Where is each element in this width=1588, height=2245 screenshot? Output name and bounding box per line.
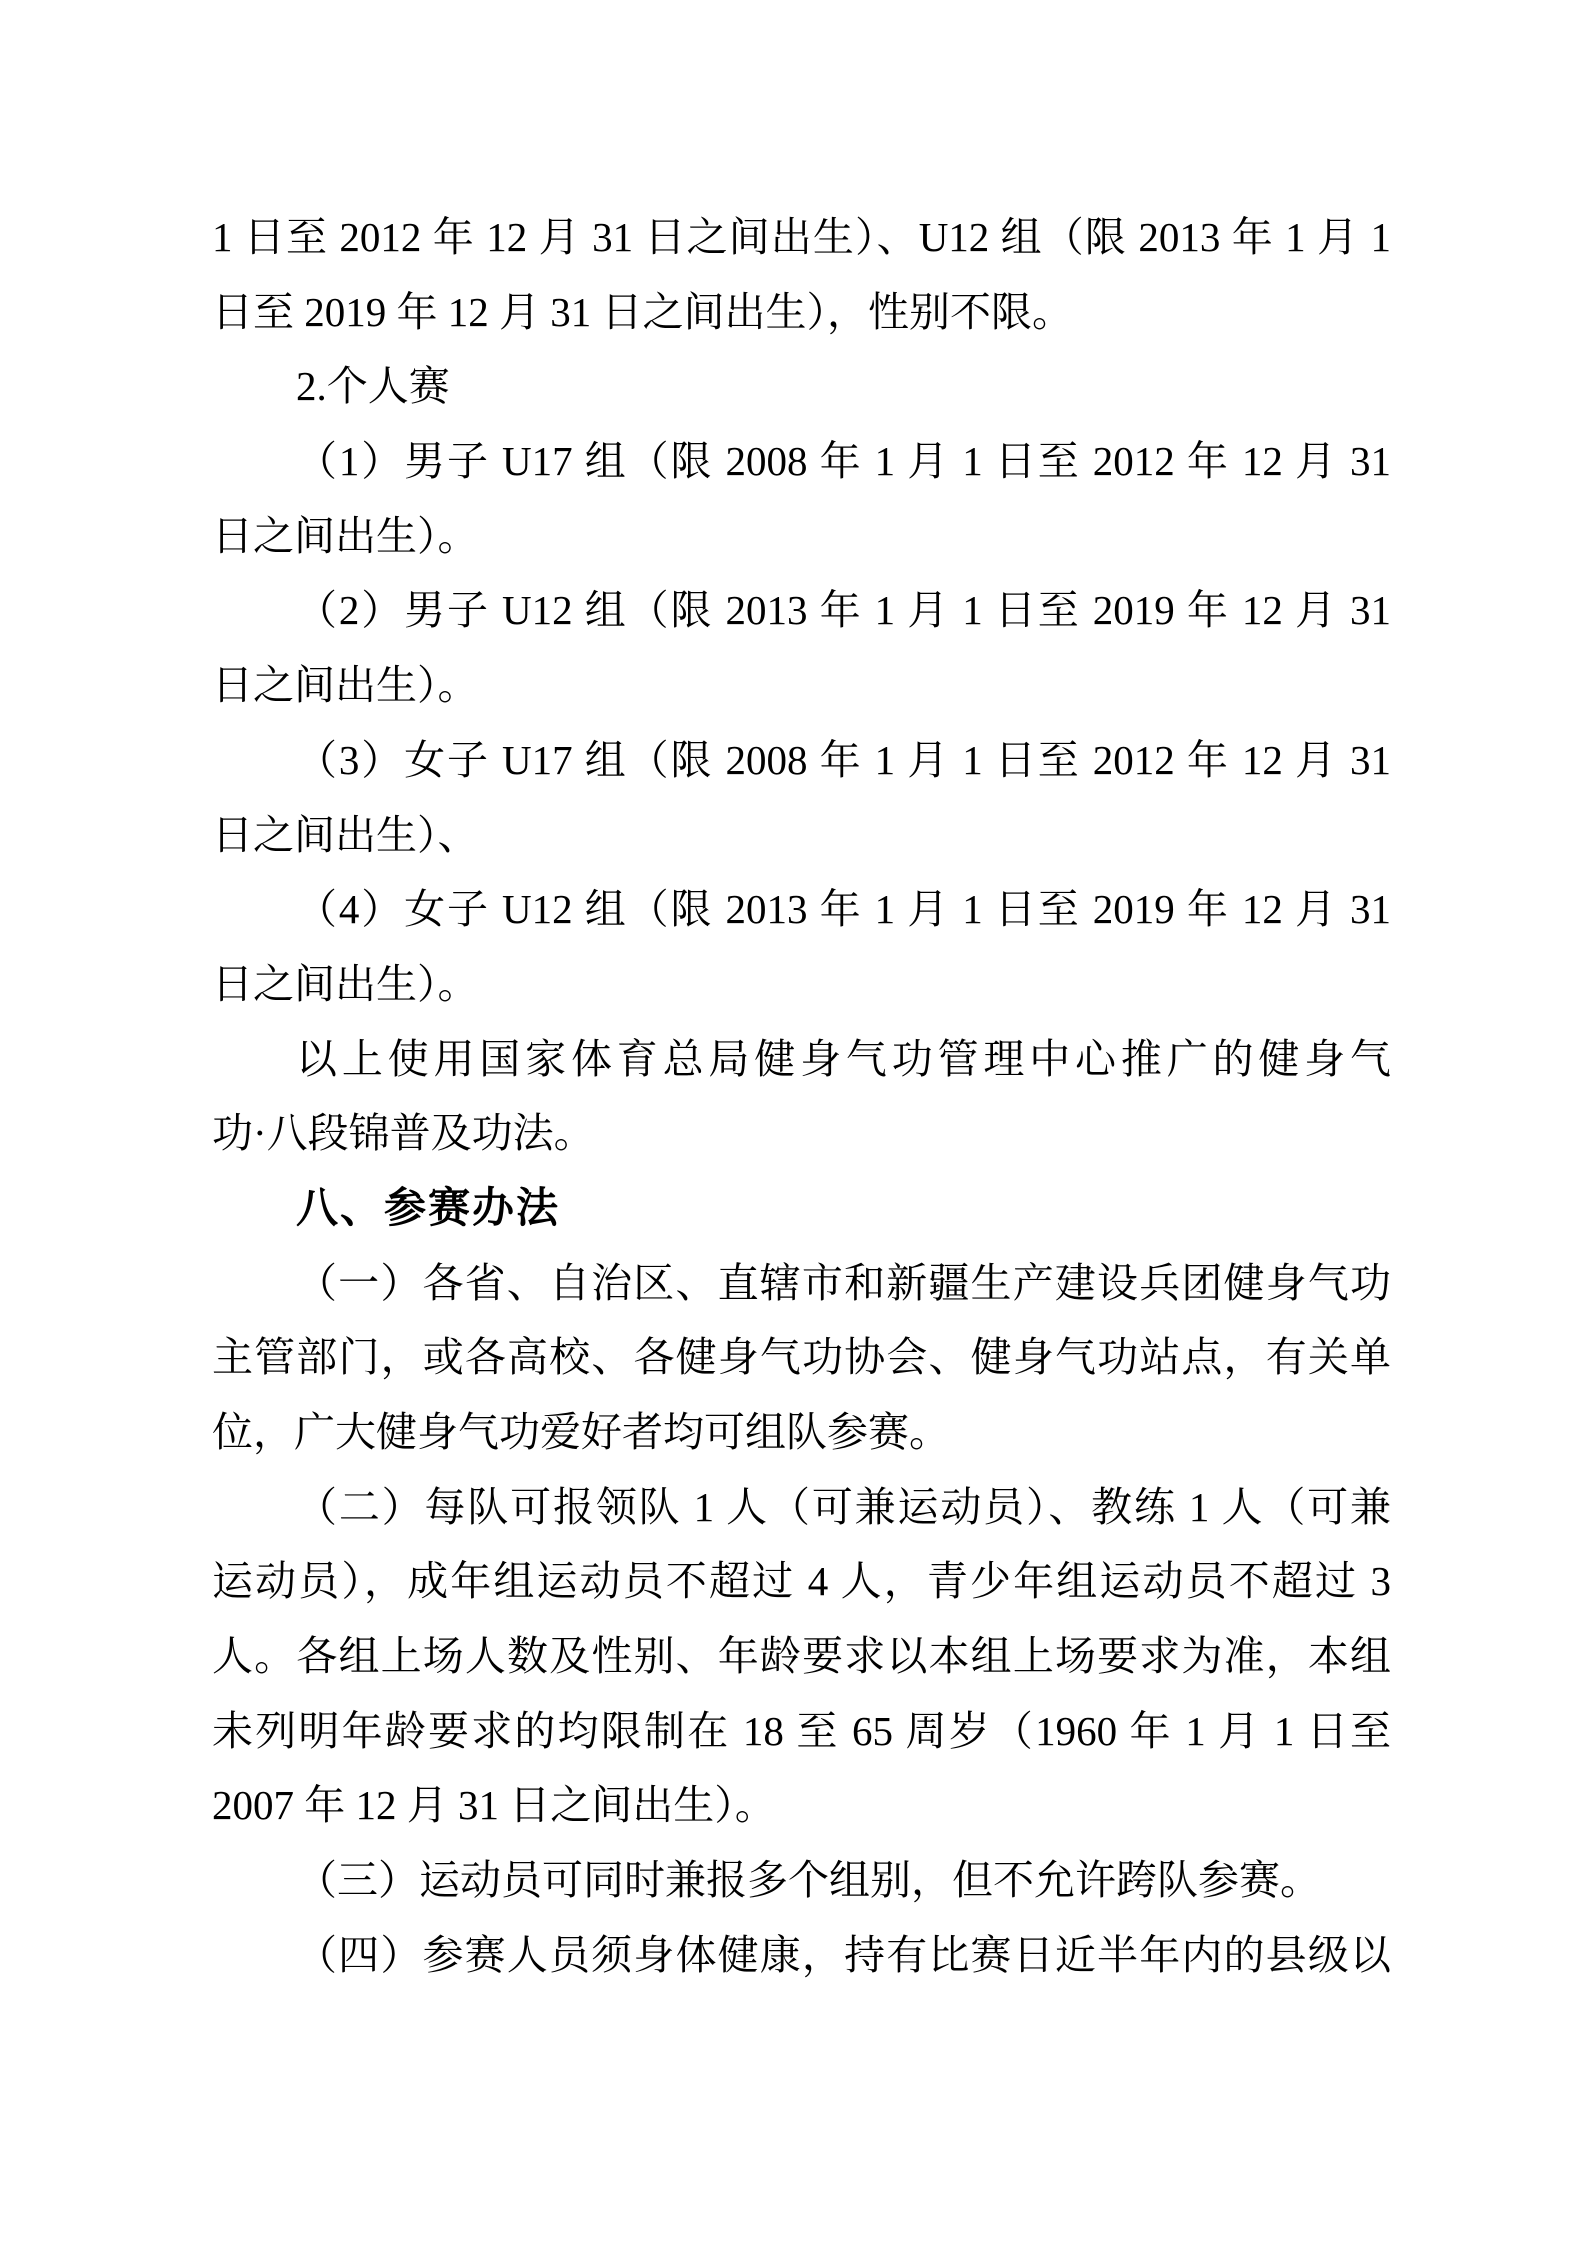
text-line: 日之间出生）、 bbox=[212, 798, 1391, 873]
text-line: （1）男子 U17 组（限 2008 年 1 月 1 日至 2012 年 12 … bbox=[212, 424, 1391, 499]
section-heading: 八、参赛办法 bbox=[212, 1171, 1391, 1246]
text-line: 主管部门，或各高校、各健身气功协会、健身气功站点，有关单 bbox=[212, 1320, 1391, 1395]
text-line: 日至 2019 年 12 月 31 日之间出生），性别不限。 bbox=[212, 275, 1391, 350]
document-page: 1 日至 2012 年 12 月 31 日之间出生）、U12 组（限 2013 … bbox=[0, 0, 1588, 2245]
text-line: 以上使用国家体育总局健身气功管理中心推广的健身气 bbox=[212, 1022, 1391, 1097]
text-line: 日之间出生）。 bbox=[212, 499, 1391, 574]
text-line: （4）女子 U12 组（限 2013 年 1 月 1 日至 2019 年 12 … bbox=[212, 872, 1391, 947]
text-line: （一）各省、自治区、直辖市和新疆生产建设兵团健身气功 bbox=[212, 1246, 1391, 1321]
text-line: 日之间出生）。 bbox=[212, 648, 1391, 723]
text-line: 2.个人赛 bbox=[212, 349, 1391, 424]
text-line: 2007 年 12 月 31 日之间出生）。 bbox=[212, 1768, 1391, 1843]
text-line: 1 日至 2012 年 12 月 31 日之间出生）、U12 组（限 2013 … bbox=[212, 200, 1391, 275]
text-line: （3）女子 U17 组（限 2008 年 1 月 1 日至 2012 年 12 … bbox=[212, 723, 1391, 798]
text-line: 运动员），成年组运动员不超过 4 人，青少年组运动员不超过 3 bbox=[212, 1544, 1391, 1619]
text-line: （四）参赛人员须身体健康，持有比赛日近半年内的县级以 bbox=[212, 1918, 1391, 1993]
text-line: 位，广大健身气功爱好者均可组队参赛。 bbox=[212, 1395, 1391, 1470]
text-line: 日之间出生）。 bbox=[212, 947, 1391, 1022]
document-text-block: 1 日至 2012 年 12 月 31 日之间出生）、U12 组（限 2013 … bbox=[212, 200, 1391, 1993]
text-line: （2）男子 U12 组（限 2013 年 1 月 1 日至 2019 年 12 … bbox=[212, 573, 1391, 648]
text-line: 人。各组上场人数及性别、年龄要求以本组上场要求为准，本组 bbox=[212, 1619, 1391, 1694]
text-line: （三）运动员可同时兼报多个组别，但不允许跨队参赛。 bbox=[212, 1843, 1391, 1918]
text-line: 未列明年龄要求的均限制在 18 至 65 周岁（1960 年 1 月 1 日至 bbox=[212, 1694, 1391, 1769]
text-line: （二）每队可报领队 1 人（可兼运动员）、教练 1 人（可兼 bbox=[212, 1470, 1391, 1545]
text-line: 功·八段锦普及功法。 bbox=[212, 1096, 1391, 1171]
